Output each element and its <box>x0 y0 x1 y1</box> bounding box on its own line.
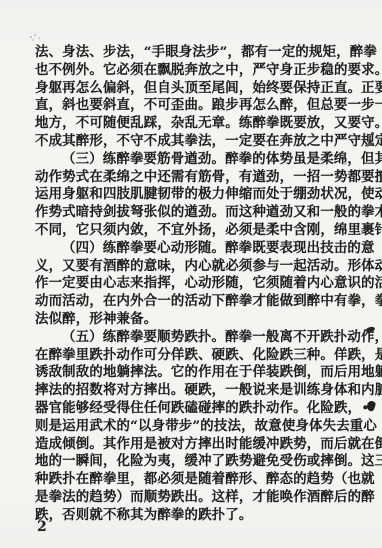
text-line: 身躯再怎么偏斜，但自头顶至尾闾，始终要保持正直。正要正 <box>35 80 360 98</box>
text-line: 不成其醉形，不守不成其拳法，一定要在奔放之中严守规定。 <box>35 133 360 151</box>
text-line: 摔法的招数将对方摔出。硬跌，一般说来是训练身体和内脏 <box>35 382 360 400</box>
body-text-block: 法、身法、步法，“手眼身法步”，都有一定的规矩，醉拳 也不例外。它必须在飘脱奔放… <box>35 44 360 525</box>
text-line: 跌，否则就不称其为醉拳的跌扑了。 <box>35 507 360 525</box>
text-line: 则是运用武术的“以身带步”的技法，故意使身体失去重心 <box>35 418 360 436</box>
text-line: 不同，它只须内敛，不宜外扬，必须是柔中含刚，绵里裹针。 <box>35 222 360 240</box>
text-line: 义，又要有酒醉的意味，内心就必须参与一起活动。形体动 <box>35 258 360 276</box>
text-line: 在醉拳里跌扑动作可分佯跌、硬跌、化险跌三种。佯跌，是 <box>35 347 360 365</box>
text-line: 动而活动，在内外合一的活动下醉拳才能做到醉中有拳，拳 <box>35 293 360 311</box>
text-line: 器官能够经受得住任何跌磕碰摔的跌扑动作。化险跌， <box>35 400 360 418</box>
text-line: 动作势式在柔绵之中还需有筋骨，有遒劲，一招一势都要擅于 <box>35 169 360 187</box>
text-line: 也不例外。它必须在飘脱奔放之中，严守身正步稳的要求。 <box>35 62 360 80</box>
text-line: 地的一瞬间，化险为夷，缓冲了跌势避免受伤或摔倒。这三 <box>35 453 360 471</box>
section-heading-line-5: （五）练醉拳要顺势跌扑。醉拳一般离不开跌扑动作， <box>35 329 360 347</box>
text-line: 法、身法、步法，“手眼身法步”，都有一定的规矩，醉拳 <box>35 44 360 62</box>
text-line: 运用身躯和四肢肌腱韧带的极力伸缩而处于绷劲状况，使动 <box>35 186 360 204</box>
text-line: 作势式暗持剑拔弩张似的遒劲。而这种遒劲又和一般的拳术 <box>35 204 360 222</box>
text-line: 诱敌制敌的地躺摔法。它的作用在于佯装跌倒，而后用地躺 <box>35 364 360 382</box>
text-line: 种跌扑在醉拳里，都必须是随着醉形、醉态的趋势（也就 <box>35 471 360 489</box>
section-heading-line-3: （三）练醉拳要筋骨遒劲。醉拳的体势虽是柔绵，但其 <box>35 151 360 169</box>
text-line: 地方，不可随便乱踩，杂乱无章。练醉拳既要放，又要守。不放 <box>35 115 360 133</box>
page-number: 2 <box>37 519 47 535</box>
text-line: 是拳法的趋势）而顺势跌出。这样，才能唤作酒醉后的醉 <box>35 489 360 507</box>
section-heading-line-4: （四）练醉拳要心动形随。醉拳既要表现出技击的意 <box>35 240 360 258</box>
text-line: 作一定要由心志来指挥，心动形随，它须随着内心意识的活 <box>35 275 360 293</box>
text-line: 造成倾倒。其作用是被对方摔出时能缓冲跌势，而后就在倒 <box>35 436 360 454</box>
text-line: 法似醉，形神兼备。 <box>35 311 360 329</box>
text-line: 直，斜也要斜直，不可歪曲。踉步再怎么醉，但总要一步一个 <box>35 97 360 115</box>
